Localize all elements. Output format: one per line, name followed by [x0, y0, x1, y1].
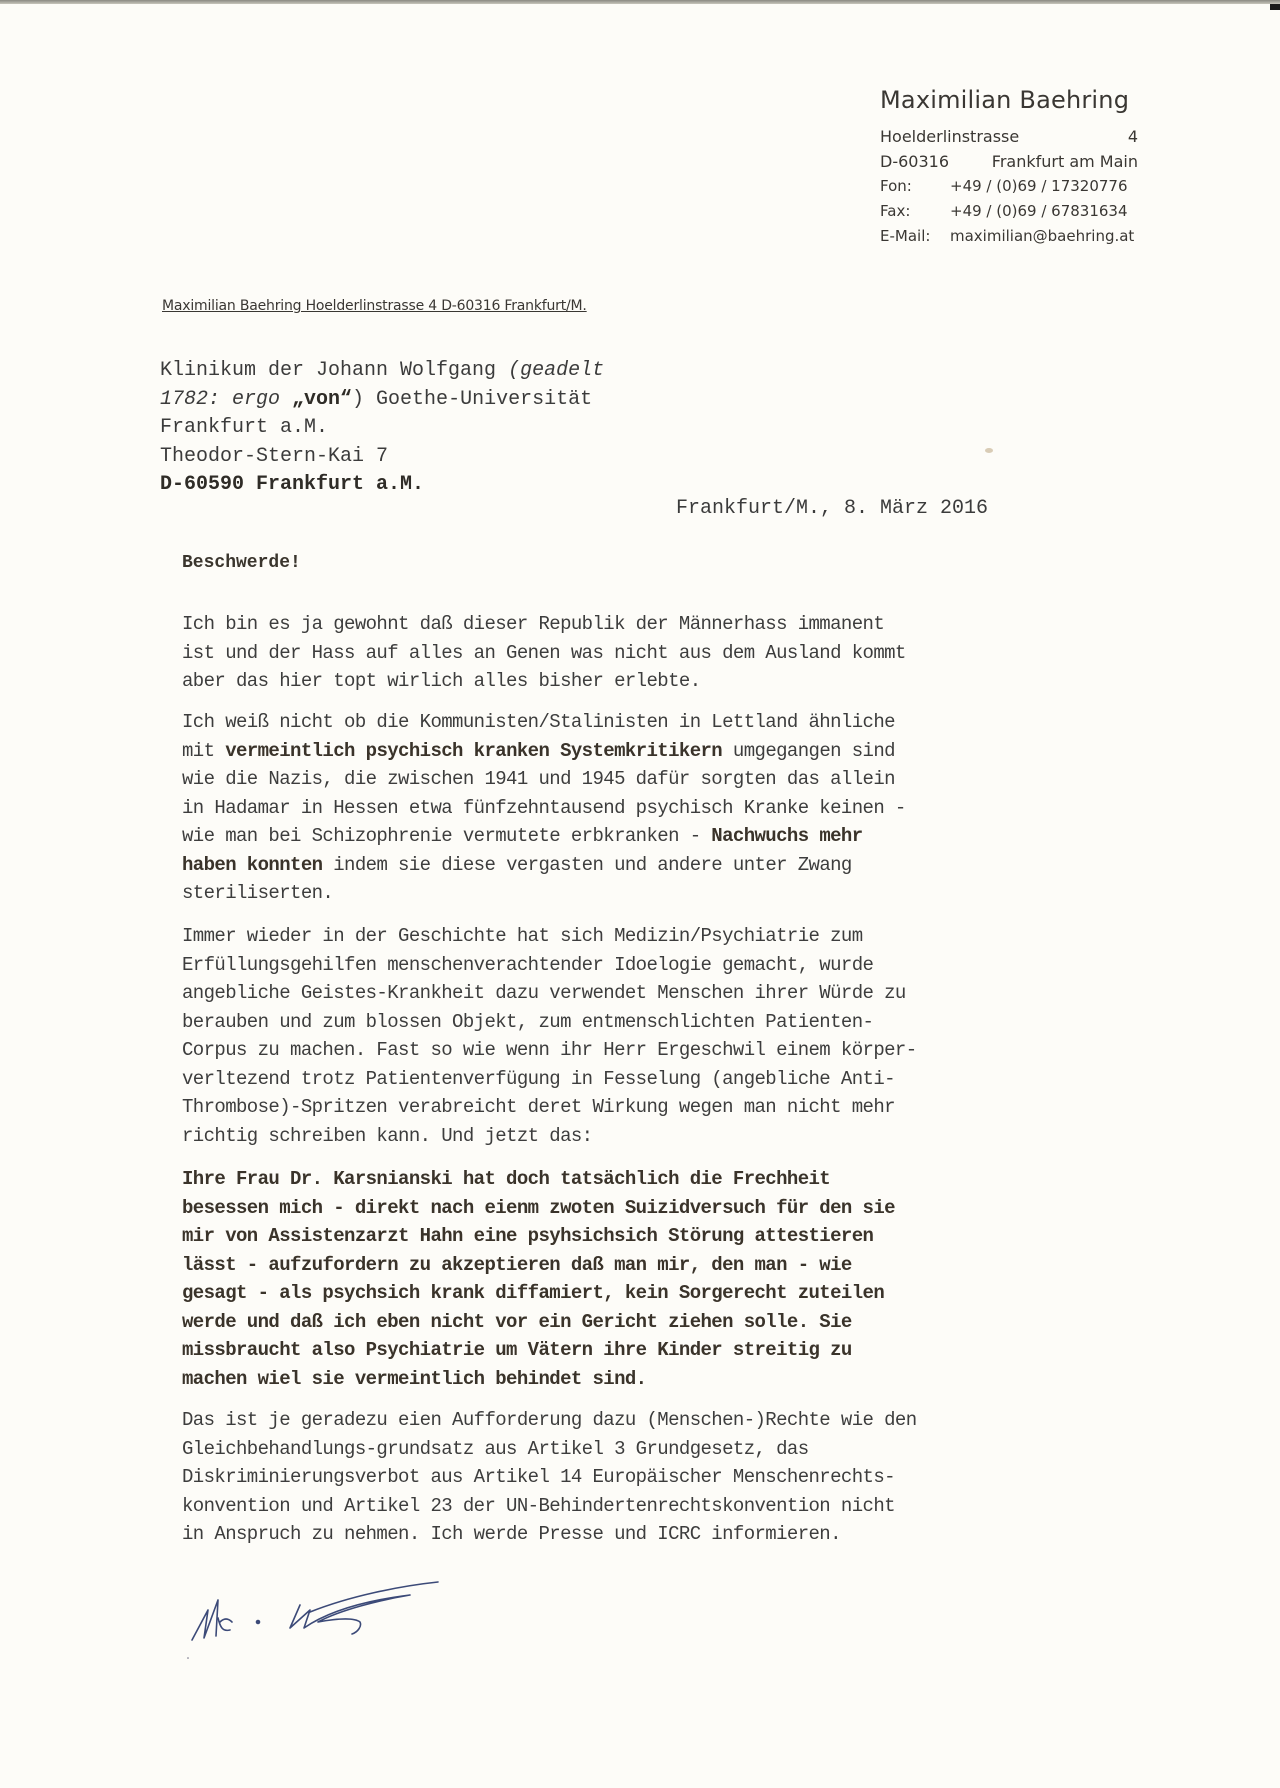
fax-label: Fax: — [880, 199, 950, 224]
letterhead-street: Hoelderlinstrasse — [880, 124, 1019, 149]
recipient-line3: Frankfurt a.M. — [160, 416, 328, 439]
paragraph-2: Ich weiß nicht ob die Kommunisten/Stalin… — [182, 708, 1102, 908]
recipient-line2: 1782: ergo „von“) Goethe-Universität — [160, 388, 592, 411]
email-address: maximilian@baehring.at — [950, 224, 1134, 249]
letter-date: Frankfurt/M., 8. März 2016 — [676, 497, 988, 520]
letterhead: Maximilian Baehring Hoelderlinstrasse 4 … — [880, 86, 1138, 249]
letterhead-fax-row: Fax: +49 / (0)69 / 67831634 — [880, 199, 1138, 224]
letterhead-phone-row: Fon: +49 / (0)69 / 17320776 — [880, 174, 1138, 199]
letterhead-street-row: Hoelderlinstrasse 4 — [880, 124, 1138, 149]
paragraph-3: Immer wieder in der Geschichte hat sich … — [182, 922, 1102, 1150]
paragraph-4-bold: Ihre Frau Dr. Karsnianski hat doch tatsä… — [182, 1165, 1102, 1393]
paper-speck — [985, 448, 993, 453]
phone-number: +49 / (0)69 / 17320776 — [950, 174, 1128, 199]
letterhead-email-row: E-Mail: maximilian@baehring.at — [880, 224, 1138, 249]
letterhead-city: Frankfurt am Main — [992, 149, 1138, 174]
paragraph-5: Das ist je geradezu eien Aufforderung da… — [182, 1406, 1102, 1549]
letterhead-postcode: D-60316 — [880, 149, 949, 174]
recipient-address: Klinikum der Johann Wolfgang (geadelt 17… — [160, 357, 604, 500]
letterhead-name: Maximilian Baehring — [880, 86, 1138, 114]
letterhead-house-number: 4 — [1128, 124, 1138, 149]
sender-return-address: Maximilian Baehring Hoelderlinstrasse 4 … — [162, 298, 587, 314]
handwritten-signature — [180, 1560, 480, 1670]
letter-subject: Beschwerde! — [182, 553, 301, 573]
recipient-line5: D-60590 Frankfurt a.M. — [160, 473, 424, 496]
scan-top-edge — [0, 0, 1280, 4]
recipient-line4: Theodor-Stern-Kai 7 — [160, 445, 388, 468]
phone-label: Fon: — [880, 174, 950, 199]
email-label: E-Mail: — [880, 224, 950, 249]
fax-number: +49 / (0)69 / 67831634 — [950, 199, 1128, 224]
paragraph-1: Ich bin es ja gewohnt daß dieser Republi… — [182, 610, 1102, 696]
recipient-line1: Klinikum der Johann Wolfgang (geadelt — [160, 359, 604, 382]
letterhead-city-row: D-60316 Frankfurt am Main — [880, 149, 1138, 174]
scan-corner-mark — [1270, 4, 1280, 10]
